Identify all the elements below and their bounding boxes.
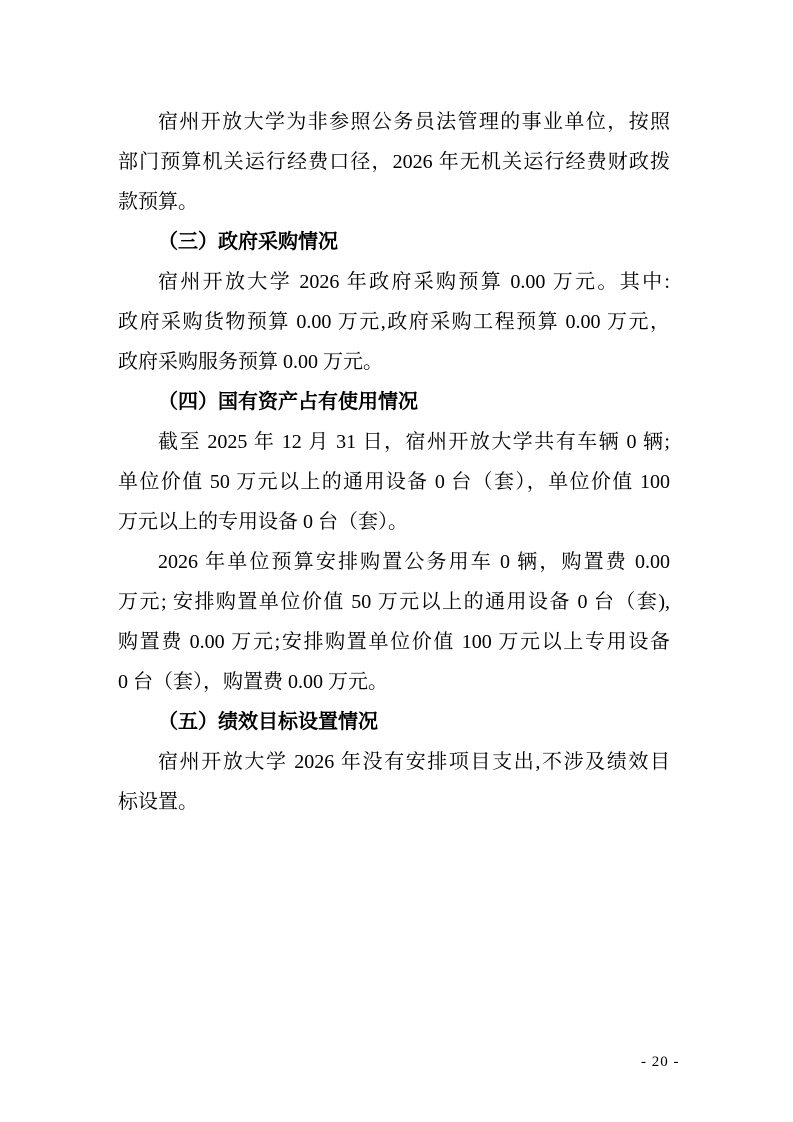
paragraph-line: 购置费 0.00 万元;安排购置单位价值 100 万元以上专用设备 (118, 622, 670, 662)
paragraph-line: 0 台（套），购置费 0.00 万元。 (118, 662, 670, 702)
paragraph-line: 万元; 安排购置单位价值 50 万元以上的通用设备 0 台（套), (118, 582, 670, 622)
paragraph-line: 部门预算机关运行经费口径，2026 年无机关运行经费财政拨 (118, 142, 670, 182)
document-body: 宿州开放大学为非参照公务员法管理的事业单位，按照 部门预算机关运行经费口径，20… (118, 102, 670, 822)
section-heading-performance-targets: （五）绩效目标设置情况 (118, 702, 670, 742)
paragraph-line: 标设置。 (118, 782, 670, 822)
document-page: 宿州开放大学为非参照公务员法管理的事业单位，按照 部门预算机关运行经费口径，20… (0, 0, 793, 1122)
page-number: - 20 - (641, 1052, 680, 1072)
section-heading-state-assets: （四）国有资产占有使用情况 (118, 382, 670, 422)
paragraph-line: 款预算。 (118, 182, 670, 222)
paragraph-line: 宿州开放大学为非参照公务员法管理的事业单位，按照 (118, 102, 670, 142)
paragraph-line: 宿州开放大学 2026 年政府采购预算 0.00 万元。其中: (118, 262, 670, 302)
paragraph-line: 2026 年单位预算安排购置公务用车 0 辆，购置费 0.00 (118, 542, 670, 582)
paragraph-line: 宿州开放大学 2026 年没有安排项目支出,不涉及绩效目 (118, 742, 670, 782)
paragraph-line: 万元以上的专用设备 0 台（套）。 (118, 502, 670, 542)
paragraph-line: 政府采购服务预算 0.00 万元。 (118, 342, 670, 382)
paragraph-line: 截至 2025 年 12 月 31 日，宿州开放大学共有车辆 0 辆; (118, 422, 670, 462)
section-heading-government-procurement: （三）政府采购情况 (118, 222, 670, 262)
paragraph-line: 政府采购货物预算 0.00 万元,政府采购工程预算 0.00 万元， (118, 302, 670, 342)
paragraph-line: 单位价值 50 万元以上的通用设备 0 台（套），单位价值 100 (118, 462, 670, 502)
